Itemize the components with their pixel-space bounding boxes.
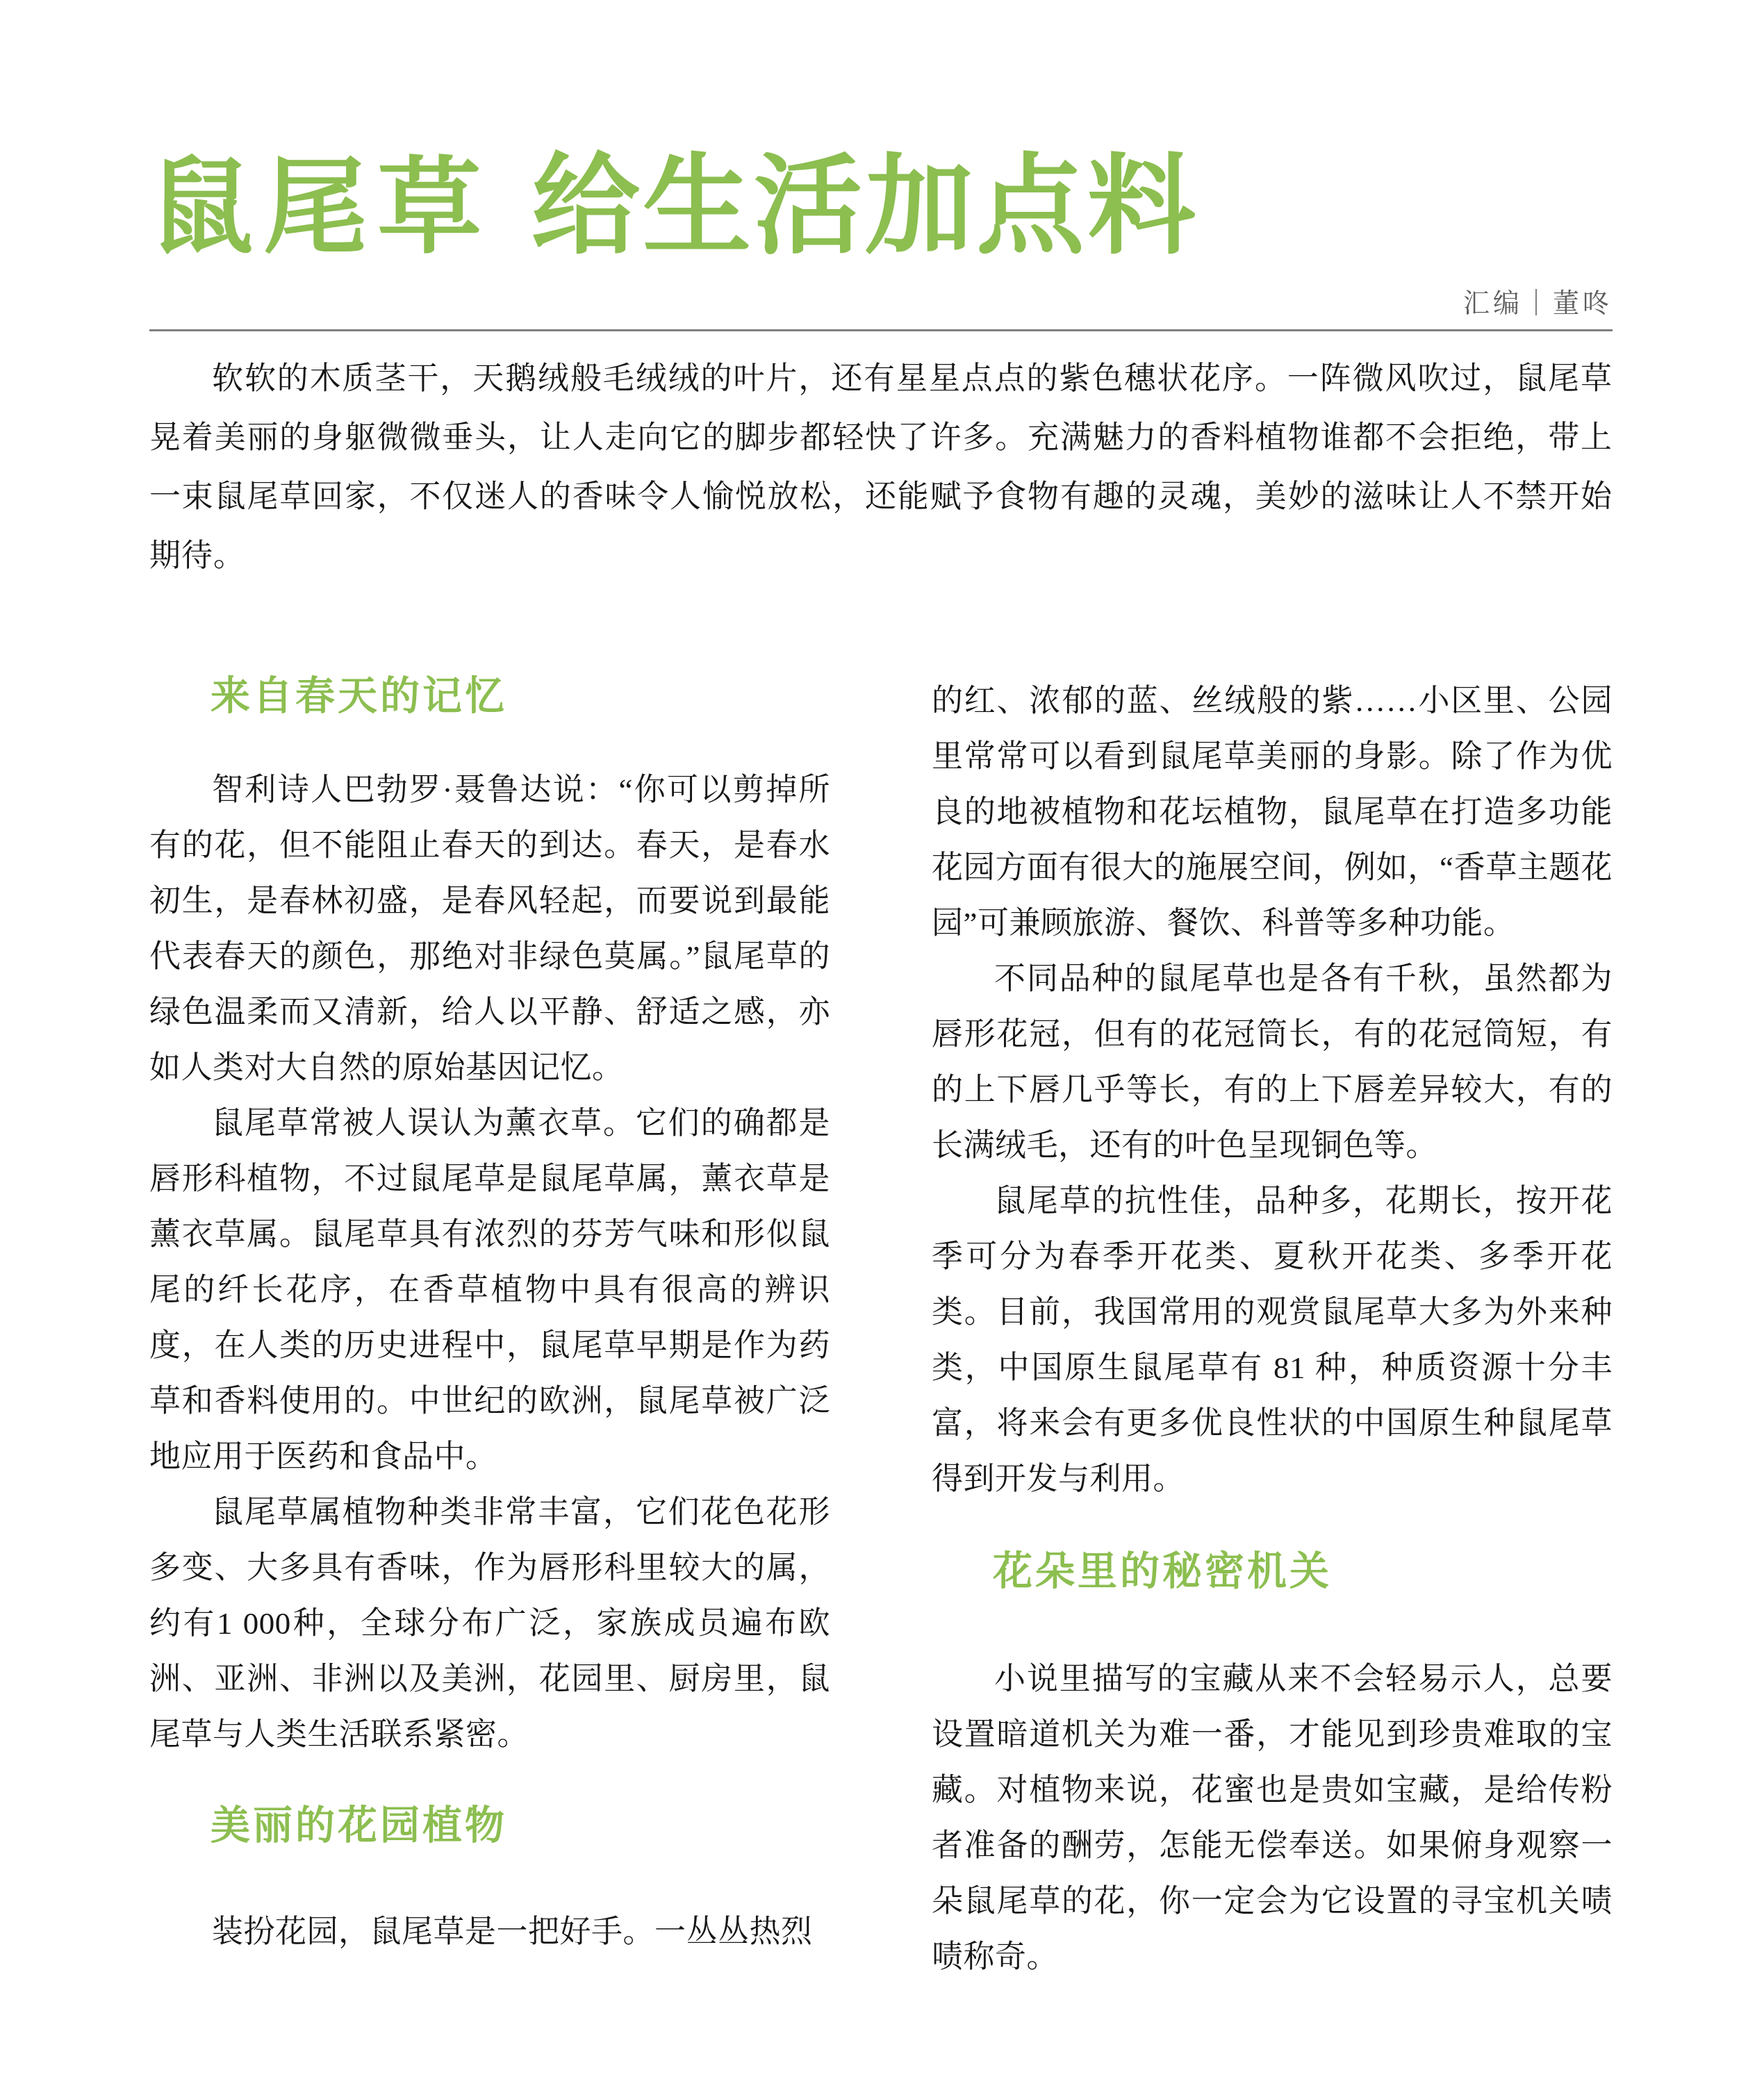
intro-section: 软软的木质茎干，天鹅绒般毛绒绒的叶片，还有星星点点的紫色穗状花序。一阵微风吹过，… [149, 349, 1613, 586]
paragraph-varieties: 不同品种的鼠尾草也是各有千秋，虽然都为唇形花冠，但有的花冠筒长，有的花冠筒短，有… [932, 951, 1613, 1173]
right-column: 的红、浓郁的蓝、丝绒般的紫……小区里、公园里常常可以看到鼠尾草美丽的身影。除了作… [932, 673, 1613, 1985]
paragraph-spring-1: 智利诗人巴勃罗·聂鲁达说：“你可以剪掉所有的花，但不能阻止春天的到达。春天，是春… [149, 762, 830, 1095]
paragraph-secret-1: 小说里描写的宝藏从来不会轻易示人，总要设置暗道机关为难一番，才能见到珍贵难取的宝… [932, 1651, 1613, 1985]
paragraph-garden-continued: 的红、浓郁的蓝、丝绒般的紫……小区里、公园里常常可以看到鼠尾草美丽的身影。除了作… [932, 673, 1613, 951]
left-column: 来自春天的记忆 智利诗人巴勃罗·聂鲁达说：“你可以剪掉所有的花，但不能阻止春天的… [149, 673, 830, 1985]
article-title: 鼠尾草 给生活加点料 [149, 147, 1613, 267]
paragraph-garden-start: 装扮花园，鼠尾草是一把好手。一丛丛热烈 [149, 1904, 830, 1960]
article-header: 鼠尾草 给生活加点料 汇编｜董咚 [149, 147, 1613, 331]
intro-paragraph: 软软的木质茎干，天鹅绒般毛绒绒的叶片，还有星星点点的紫色穗状花序。一阵微风吹过，… [149, 349, 1613, 586]
section-heading-garden-plant: 美丽的花园植物 [211, 1803, 830, 1848]
paragraph-bloom-seasons: 鼠尾草的抗性佳，品种多，花期长，按开花季可分为春季开花类、夏秋开花类、多季开花类… [932, 1173, 1613, 1507]
paragraph-spring-2: 鼠尾草常被人误认为薰衣草。它们的确都是唇形科植物，不过鼠尾草是鼠尾草属，薰衣草是… [149, 1095, 830, 1484]
section-heading-flower-secret: 花朵里的秘密机关 [993, 1548, 1613, 1594]
magazine-page: 鼠尾草 给生活加点料 汇编｜董咚 软软的木质茎干，天鹅绒般毛绒绒的叶片，还有星星… [0, 0, 1764, 2086]
title-plant-name: 鼠尾草 [149, 149, 491, 267]
title-subtitle: 给生活加点料 [531, 147, 1198, 265]
two-column-body: 来自春天的记忆 智利诗人巴勃罗·聂鲁达说：“你可以剪掉所有的花，但不能阻止春天的… [149, 673, 1613, 1985]
paragraph-spring-3: 鼠尾草属植物种类非常丰富，它们花色花形多变、大多具有香味，作为唇形科里较大的属，… [149, 1484, 830, 1762]
section-heading-spring-memory: 来自春天的记忆 [211, 673, 830, 719]
divider-rule [149, 329, 1613, 331]
page-content: 鼠尾草 给生活加点料 汇编｜董咚 软软的木质茎干，天鹅绒般毛绒绒的叶片，还有星星… [149, 0, 1613, 1985]
byline: 汇编｜董咚 [149, 281, 1613, 320]
